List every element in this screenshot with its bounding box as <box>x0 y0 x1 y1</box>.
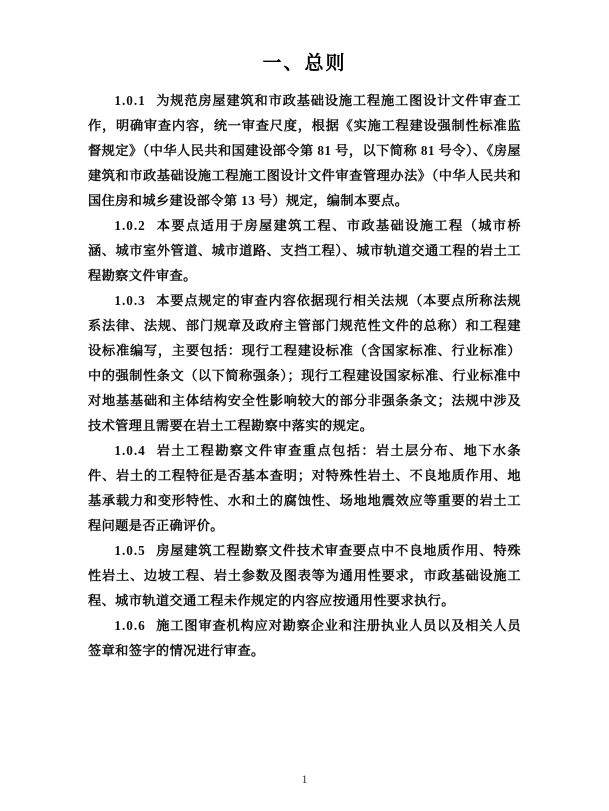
clause-number: 1.0.5 <box>114 543 145 558</box>
clause-text: 本要点适用于房屋建筑工程、市政基础设施工程（城市桥涵、城市室外管道、城市道路、支… <box>88 218 521 283</box>
page-footer: 1 <box>0 770 609 788</box>
clause-number: 1.0.1 <box>114 93 145 108</box>
clause-text: 为规范房屋建筑和市政基础设施工程施工图设计文件审查工作，明确审查内容，统一审查尺… <box>88 93 521 208</box>
document-page: 一、总则 1.0.1为规范房屋建筑和市政基础设施工程施工图设计文件审查工作，明确… <box>0 0 609 811</box>
clause-number: 1.0.4 <box>114 443 145 458</box>
clause-number: 1.0.6 <box>114 618 145 633</box>
clause-1-0-1: 1.0.1为规范房屋建筑和市政基础设施工程施工图设计文件审查工作，明确审查内容，… <box>88 88 521 213</box>
clause-text: 施工图审查机构应对勘察企业和注册执业人员以及相关人员签章和签字的情况进行审查。 <box>88 618 521 658</box>
clause-1-0-3: 1.0.3本要点规定的审查内容依据现行相关法规（本要点所称法规系法律、法规、部门… <box>88 288 521 438</box>
clause-1-0-5: 1.0.5房屋建筑工程勘察文件技术审查要点中不良地质作用、特殊性岩土、边坡工程、… <box>88 538 521 613</box>
clause-text: 房屋建筑工程勘察文件技术审查要点中不良地质作用、特殊性岩土、边坡工程、岩土参数及… <box>88 543 521 608</box>
clause-1-0-2: 1.0.2本要点适用于房屋建筑工程、市政基础设施工程（城市桥涵、城市室外管道、城… <box>88 213 521 288</box>
page-number: 1 <box>302 772 308 786</box>
clause-1-0-4: 1.0.4岩土工程勘察文件审查重点包括：岩土层分布、地下水条件、岩土的工程特征是… <box>88 438 521 538</box>
clause-1-0-6: 1.0.6施工图审查机构应对勘察企业和注册执业人员以及相关人员签章和签字的情况进… <box>88 613 521 663</box>
document-content: 一、总则 1.0.1为规范房屋建筑和市政基础设施工程施工图设计文件审查工作，明确… <box>88 50 521 663</box>
clause-number: 1.0.3 <box>114 293 145 308</box>
clause-text: 岩土工程勘察文件审查重点包括：岩土层分布、地下水条件、岩土的工程特征是否基本查明… <box>88 443 521 533</box>
clause-number: 1.0.2 <box>114 218 145 233</box>
page-title: 一、总则 <box>88 50 521 78</box>
clause-text: 本要点规定的审查内容依据现行相关法规（本要点所称法规系法律、法规、部门规章及政府… <box>88 293 521 433</box>
